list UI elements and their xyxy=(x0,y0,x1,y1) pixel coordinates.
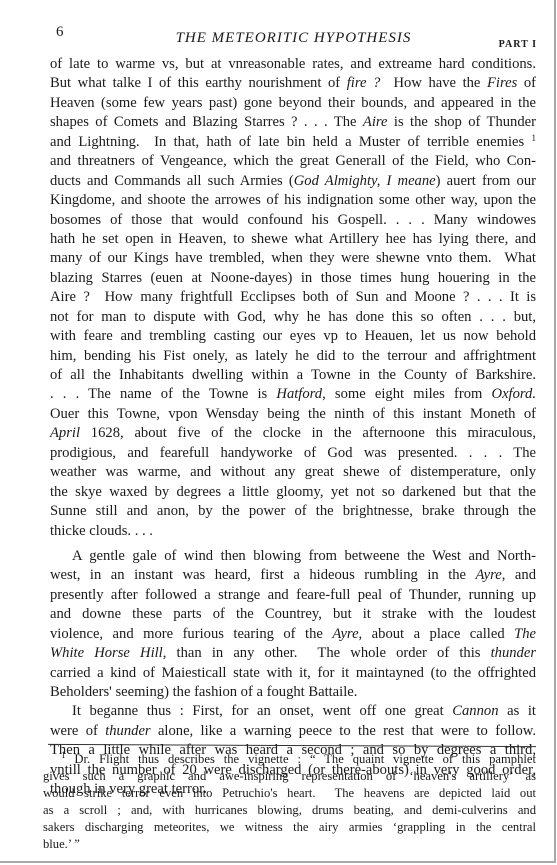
text-line: White Horse Hill, than in any other. The… xyxy=(50,644,536,663)
text-line: hath he set open in Heaven, to shewe wha… xyxy=(50,230,536,249)
page-header: 6 THE METEORITIC HYPOTHESIS PART I xyxy=(50,22,537,52)
text-line: weather was warme, and without any great… xyxy=(50,463,536,482)
text-line: blue.’ ” xyxy=(43,836,536,853)
text-line: of all the Inhabitants dwelling within a… xyxy=(50,366,536,385)
text-line: and Lightning. In that, hath of late bin… xyxy=(50,133,536,152)
paragraph-1: of late to warme vs, but at vnreasonable… xyxy=(50,55,536,541)
text-line: would strike terror even into Petruchio'… xyxy=(43,785,536,802)
text-line: Heaven (some few years past) gone beyond… xyxy=(50,94,536,113)
text-line: bosomes of those that would confound his… xyxy=(50,211,536,230)
text-line: sakers discharging meteorites, we witnes… xyxy=(43,819,536,836)
text-line: and threatners of Vengeance, which the g… xyxy=(50,152,536,171)
part-label: PART I xyxy=(499,39,537,50)
text-line: were of thunder alone, like a warning pe… xyxy=(50,722,536,741)
footnote-text: 1 Dr. Flight thus describes the vignette… xyxy=(43,751,536,853)
text-line: prodigious, and fearefull handyworke of … xyxy=(50,444,536,463)
text-line: Sunne still and anon, by the power of th… xyxy=(50,502,536,521)
text-line: west, in an instant was heard, first a h… xyxy=(50,566,536,585)
text-line: 1 Dr. Flight thus describes the vignette… xyxy=(43,751,536,768)
text-line: Aire ? How many frightfull Ecclipses bot… xyxy=(50,288,536,307)
text-line: blazing Starres (euen at Noone-dayes) in… xyxy=(50,269,536,288)
text-line: Kingdome, and shoote the arrowes of his … xyxy=(50,191,536,210)
text-line: April 1628, about five of the clocke in … xyxy=(50,424,536,443)
text-line: Ouer this Towne, vpon Wensday being the … xyxy=(50,405,536,424)
footnote-1: 1 Dr. Flight thus describes the vignette… xyxy=(43,751,536,853)
text-line: gives such a graphic and awe-inspiring r… xyxy=(43,768,536,785)
text-line: with feare and trembling casting our eye… xyxy=(50,327,536,346)
paragraph-2: A gentle gale of wind then blowing from … xyxy=(50,547,536,703)
body-text: of late to warme vs, but at vnreasonable… xyxy=(50,55,536,800)
text-line: shapes of Comets and Blazing Starres ? .… xyxy=(50,113,536,132)
text-line: as a scroll ; and, with hurricanes blowi… xyxy=(43,802,536,819)
text-line: presently after followed a strange and f… xyxy=(50,586,536,605)
text-line: thicke clouds. . . . xyxy=(50,522,536,541)
text-line: of late to warme vs, but at vnreasonable… xyxy=(50,55,536,74)
text-line: A gentle gale of wind then blowing from … xyxy=(50,547,536,566)
text-line: many of our Kings have trembled, when th… xyxy=(50,249,536,268)
text-line: It beganne thus : First, for an onset, w… xyxy=(50,702,536,721)
text-line: Beholders' seeming) the fashion of a fou… xyxy=(50,683,536,702)
text-line: But what talke I of this earthy nourishm… xyxy=(50,74,536,93)
text-line: ducts and Commands all such Armies (God … xyxy=(50,172,536,191)
text-line: . . . The name of the Towne is Hatford, … xyxy=(50,385,536,404)
text-line: the skye waxed by degrees a little gloom… xyxy=(50,483,536,502)
text-line: and downe these parts of the Countrey, b… xyxy=(50,605,536,624)
book-page: 6 THE METEORITIC HYPOTHESIS PART I of la… xyxy=(0,0,556,863)
text-line: carried a kind of Maiesticall state with… xyxy=(50,664,536,683)
text-line: him, bending his Fist onely, as lately h… xyxy=(50,347,536,366)
text-line: violence, and more furious tearing of th… xyxy=(50,625,536,644)
running-title: THE METEORITIC HYPOTHESIS xyxy=(50,30,537,47)
text-line: not for man to dispute with God, why he … xyxy=(50,308,536,327)
